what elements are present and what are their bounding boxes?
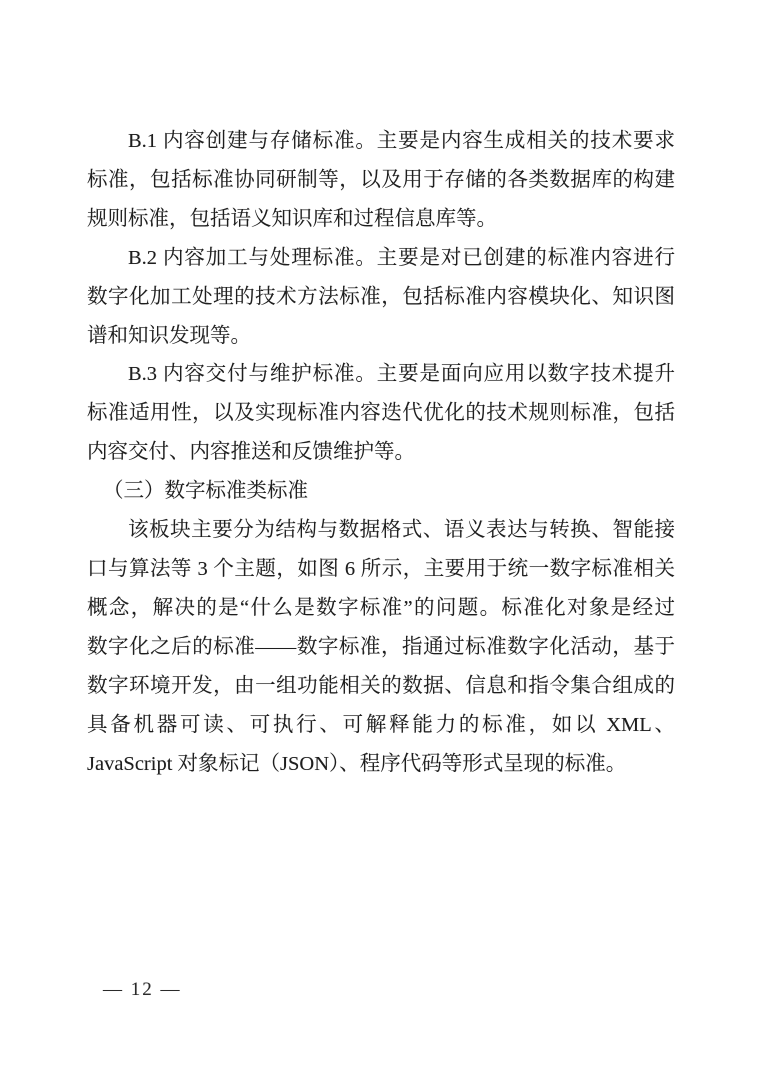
text-line: 该板块主要分为结构与数据格式、语义表达与转换、智能接 [87, 511, 675, 550]
paragraph-digital-standards: 该板块主要分为结构与数据格式、语义表达与转换、智能接 口与算法等 3 个主题，如… [87, 511, 675, 783]
text-block: B.1 内容创建与存储标准。主要是内容生成相关的技术要求 标准，包括标准协同研制… [87, 122, 675, 783]
text-line: B.1 内容创建与存储标准。主要是内容生成相关的技术要求 [87, 122, 675, 161]
text-line: 数字化之后的标准——数字标准，指通过标准数字化活动，基于 [87, 628, 675, 667]
page-number: — 12 — [103, 978, 182, 1002]
text-line: 数字环境开发，由一组功能相关的数据、信息和指令集合组成的 [87, 667, 675, 706]
text-line: 口与算法等 3 个主题，如图 6 所示，主要用于统一数字标准相关 [87, 550, 675, 589]
text-line: B.3 内容交付与维护标准。主要是面向应用以数字技术提升 [87, 355, 675, 394]
text-line: 具备机器可读、可执行、可解释能力的标准，如以 XML、 [87, 706, 675, 745]
paragraph-b2: B.2 内容加工与处理标准。主要是对已创建的标准内容进行 数字化加工处理的技术方… [87, 239, 675, 356]
heading-line: （三）数字标准类标准 [87, 472, 675, 511]
document-page: B.1 内容创建与存储标准。主要是内容生成相关的技术要求 标准，包括标准协同研制… [0, 0, 765, 1087]
text-line: JavaScript 对象标记（JSON）、程序代码等形式呈现的标准。 [87, 745, 675, 784]
paragraph-b1: B.1 内容创建与存储标准。主要是内容生成相关的技术要求 标准，包括标准协同研制… [87, 122, 675, 239]
text-line: 标准，包括标准协同研制等，以及用于存储的各类数据库的构建 [87, 161, 675, 200]
text-line: 概念，解决的是“什么是数字标准”的问题。标准化对象是经过 [87, 589, 675, 628]
section-heading: （三）数字标准类标准 [87, 472, 675, 511]
text-line: 规则标准，包括语义知识库和过程信息库等。 [87, 200, 675, 239]
text-line: 谱和知识发现等。 [87, 317, 675, 356]
text-line: B.2 内容加工与处理标准。主要是对已创建的标准内容进行 [87, 239, 675, 278]
paragraph-b3: B.3 内容交付与维护标准。主要是面向应用以数字技术提升 标准适用性，以及实现标… [87, 355, 675, 472]
text-line: 数字化加工处理的技术方法标准，包括标准内容模块化、知识图 [87, 278, 675, 317]
text-line: 内容交付、内容推送和反馈维护等。 [87, 433, 675, 472]
text-line: 标准适用性，以及实现标准内容迭代优化的技术规则标准，包括 [87, 394, 675, 433]
